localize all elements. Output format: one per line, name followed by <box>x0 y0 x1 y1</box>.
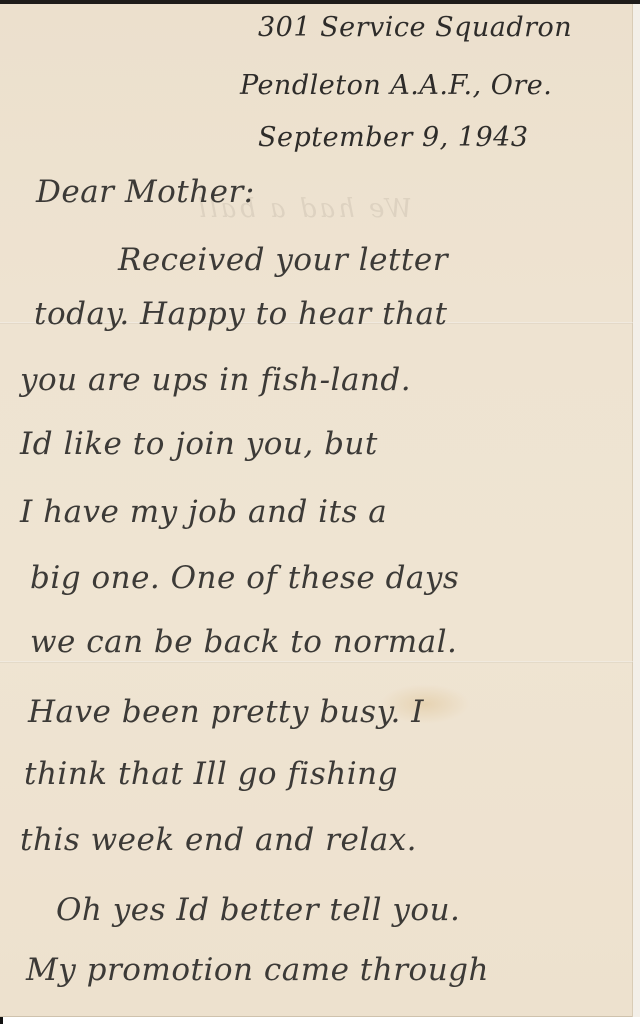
body-line: Have been pretty busy. I <box>28 694 424 730</box>
body-line: Received your letter <box>118 242 448 278</box>
body-line: big one. One of these days <box>30 560 459 596</box>
body-line: Id like to join you, but <box>20 426 378 462</box>
header-location: Pendleton A.A.F., Ore. <box>240 70 552 101</box>
body-line: you are ups in fish-land. <box>20 362 411 398</box>
letter-page: We had a ball 301 Service Squadron Pendl… <box>0 4 633 1017</box>
header-unit: 301 Service Squadron <box>258 12 572 43</box>
body-line: this week end and relax. <box>20 822 417 858</box>
header-date: September 9, 1943 <box>258 122 529 153</box>
body-line: think that Ill go fishing <box>24 756 398 792</box>
salutation: Dear Mother: <box>36 174 255 210</box>
body-line: Oh yes Id better tell you. <box>56 892 460 928</box>
body-line: I have my job and its a <box>20 494 387 530</box>
scan-corner-mark <box>0 1017 3 1024</box>
scan-right-margin <box>633 4 640 1017</box>
scan-bottom-margin <box>0 1017 640 1024</box>
letter-scan: We had a ball 301 Service Squadron Pendl… <box>0 0 640 1024</box>
body-line: we can be back to normal. <box>30 624 457 660</box>
paper-fold-crease <box>0 661 633 663</box>
body-line: today. Happy to hear that <box>34 296 447 332</box>
body-line: My promotion came through <box>26 952 489 988</box>
